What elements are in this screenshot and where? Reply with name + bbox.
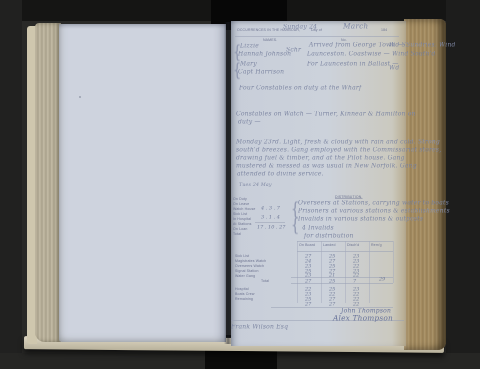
entry1-remark1: Arrived from George Town — Sundries. Win… bbox=[309, 42, 456, 49]
table-total-cell: 29 bbox=[379, 276, 385, 282]
table-grand-cell: 27 bbox=[329, 301, 335, 307]
ink-speck bbox=[79, 96, 81, 98]
table-grand-cell: 27 bbox=[305, 301, 311, 307]
muster-line: for distribution bbox=[304, 233, 354, 240]
entry2-remark1: For Launceston in Ballast — bbox=[307, 61, 399, 68]
muster-label: On Duty bbox=[233, 197, 247, 201]
table-col-rule bbox=[393, 241, 394, 283]
table-row-label: Water Gang bbox=[235, 274, 255, 278]
entry1-wind: Wd S. bbox=[389, 42, 408, 49]
table-total-label: Total bbox=[261, 279, 269, 283]
paragraph-line: attended to divine service. bbox=[237, 171, 324, 178]
muster-label: On Loan bbox=[233, 227, 247, 231]
table-row-label: Overseers Watch bbox=[235, 264, 264, 268]
background-left bbox=[0, 0, 22, 369]
table-row-label: Remaining bbox=[235, 297, 253, 301]
table-row-label: Hospital bbox=[235, 287, 249, 291]
table-header: On Board bbox=[299, 243, 315, 247]
table-col-rule bbox=[321, 241, 322, 303]
muster-sum-total: 17 . 10 . 27 bbox=[257, 224, 285, 230]
distribution-heading: DISTRIBUTION. bbox=[335, 195, 363, 199]
background-right bbox=[446, 0, 480, 369]
header-rule bbox=[235, 36, 399, 37]
table-row-label: Sick List bbox=[235, 254, 249, 258]
muster-sum: 4 . 3 . 7 bbox=[261, 205, 280, 211]
names-column-label: NAMES. bbox=[263, 38, 277, 42]
muster-label: Sick List bbox=[233, 212, 247, 216]
table-row-label: Signal Station bbox=[235, 269, 259, 273]
muster-line: Prisoners at various stations & establis… bbox=[298, 208, 450, 215]
table-row-label: Magistrates Watch bbox=[235, 259, 266, 263]
table-col-rule bbox=[297, 241, 298, 303]
watch-line-2: duty — bbox=[238, 119, 261, 126]
entry2-name1: Mary bbox=[240, 61, 257, 68]
muster-label: At Stations bbox=[233, 222, 251, 226]
margin-note: Tues 24 May bbox=[239, 182, 272, 187]
right-fore-edge-stack bbox=[404, 19, 446, 350]
table-rule-total-bottom bbox=[291, 283, 393, 284]
table-col-rule bbox=[345, 241, 346, 303]
signature-officer: Alex Thompson bbox=[333, 314, 393, 323]
paragraph-line: drawing fuel & timber, and at the Pilot … bbox=[236, 155, 405, 162]
entry1-rig: Schr bbox=[286, 47, 301, 54]
footnote-docket: Frank Wilson Esq bbox=[231, 324, 288, 331]
entry1-name1: Lizzie bbox=[240, 43, 259, 50]
muster-line: Overseers at Stations, carrying water to… bbox=[298, 200, 449, 207]
entry2-name2: Capt Harrison bbox=[238, 69, 284, 76]
table-row-label: Boats Crew bbox=[235, 292, 255, 296]
handwritten-month: March bbox=[343, 22, 368, 31]
paragraph-line: mustered & messed as was usual in New No… bbox=[236, 163, 417, 170]
entry2-wind: Wd bbox=[389, 65, 399, 72]
table-col-rule bbox=[369, 241, 370, 303]
entry1-name2: Hannah Johnson bbox=[238, 51, 291, 58]
entry1-remark2: Launceston. Coastwise — Wind South'd bbox=[307, 51, 436, 58]
manuscript-right-page: OCCURRENCES IN THE HARBOUR, Sunday 24 Da… bbox=[231, 21, 406, 346]
printed-day-of: Day of bbox=[311, 28, 322, 32]
table-header: Rem'g bbox=[371, 243, 382, 247]
muster-label: On Leave bbox=[233, 202, 249, 206]
muster-sum: 3 . 1 . 4 bbox=[261, 214, 280, 220]
table-header: Disch'd bbox=[347, 243, 359, 247]
muster-label: Watch House bbox=[233, 207, 255, 211]
muster-label: In Hospital bbox=[233, 217, 251, 221]
muster-line: Invalids in various stations & outposts bbox=[298, 216, 423, 223]
paragraph-line: Monday 23rd. Light, fresh & cloudy with … bbox=[236, 139, 440, 146]
printed-year: 184 bbox=[381, 28, 387, 32]
muster-sum-rule bbox=[255, 222, 285, 223]
table-grand-cell: 22 bbox=[353, 301, 359, 307]
left-page-stack bbox=[35, 23, 61, 342]
muster-line: 4 Invalids bbox=[302, 225, 334, 232]
watch-line-1: Constables on Watch — Turner, Kinnear & … bbox=[236, 111, 416, 118]
blank-left-page bbox=[59, 24, 226, 342]
entry-single-line: Four Constables on duty at the Wharf bbox=[239, 85, 361, 92]
paragraph-line: south'd breezes. Gang employed with the … bbox=[236, 147, 441, 154]
table-header: Landed bbox=[323, 243, 336, 247]
muster-label: Total bbox=[233, 232, 241, 236]
